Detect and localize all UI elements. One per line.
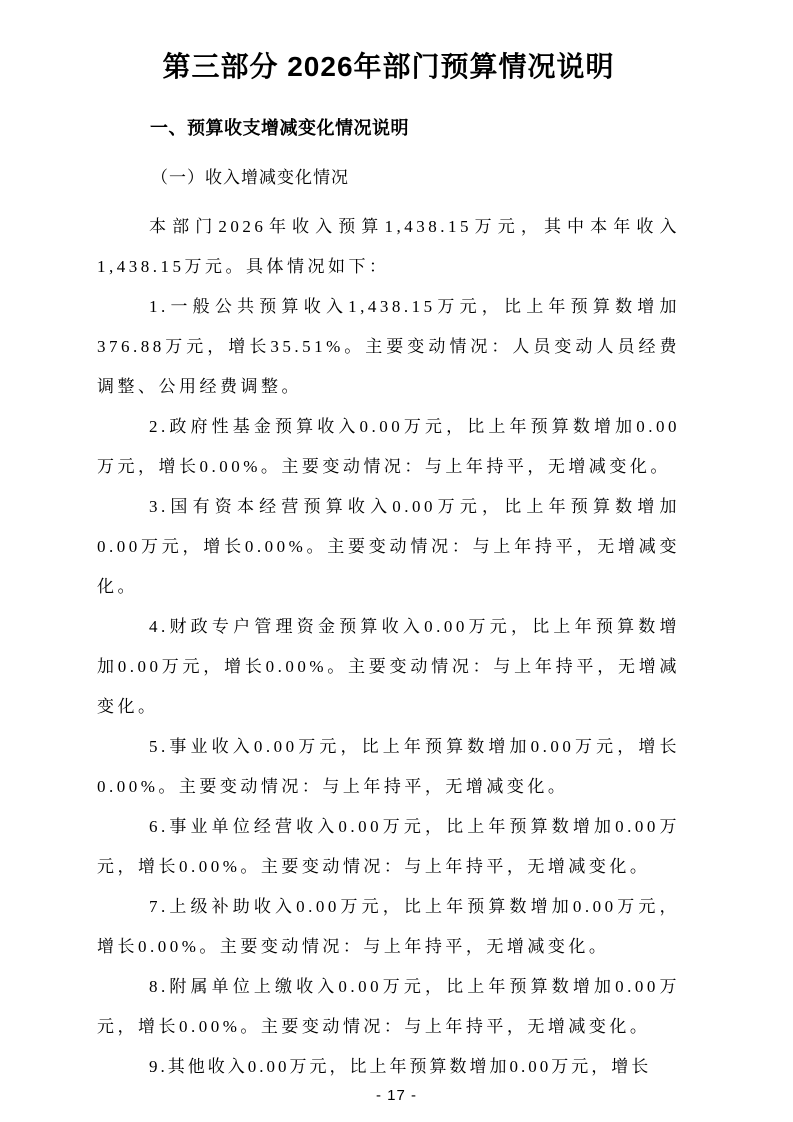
- body-text: 本部门2026年收入预算1,438.15万元，其中本年收入1,438.15万元。…: [97, 207, 680, 1087]
- paragraph-item-1-general-public-budget: 1.一般公共预算收入1,438.15万元，比上年预算数增加376.88万元，增长…: [97, 287, 680, 407]
- paragraph-item-6-institution-operating-income: 6.事业单位经营收入0.00万元，比上年预算数增加0.00万元，增长0.00%。…: [97, 807, 680, 887]
- page-number: - 17 -: [0, 1086, 793, 1106]
- paragraph-item-9-other-income-clipped: 9.其他收入0.00万元，比上年预算数增加0.00万元，增长: [97, 1047, 680, 1087]
- paragraph-item-7-superior-subsidy-income: 7.上级补助收入0.00万元，比上年预算数增加0.00万元，增长0.00%。主要…: [97, 887, 680, 967]
- paragraph-item-5-institution-income: 5.事业收入0.00万元，比上年预算数增加0.00万元，增长0.00%。主要变动…: [97, 727, 680, 807]
- paragraph-item-3-state-capital-budget: 3.国有资本经营预算收入0.00万元，比上年预算数增加0.00万元，增长0.00…: [97, 487, 680, 607]
- paragraph-item-2-government-fund-budget: 2.政府性基金预算收入0.00万元，比上年预算数增加0.00万元，增长0.00%…: [97, 407, 680, 487]
- paragraph-income-overview: 本部门2026年收入预算1,438.15万元，其中本年收入1,438.15万元。…: [97, 207, 680, 287]
- section-heading: 一、预算收支增减变化情况说明: [97, 115, 680, 141]
- document-page: 第三部分 2026年部门预算情况说明 一、预算收支增减变化情况说明 （一）收入增…: [0, 0, 793, 1122]
- paragraph-item-8-subordinate-remittance-income: 8.附属单位上缴收入0.00万元，比上年预算数增加0.00万元，增长0.00%。…: [97, 967, 680, 1047]
- subsection-heading: （一）收入增减变化情况: [97, 165, 680, 191]
- paragraph-item-4-fiscal-special-account: 4.财政专户管理资金预算收入0.00万元，比上年预算数增加0.00万元，增长0.…: [97, 607, 680, 727]
- document-title: 第三部分 2026年部门预算情况说明: [97, 49, 680, 85]
